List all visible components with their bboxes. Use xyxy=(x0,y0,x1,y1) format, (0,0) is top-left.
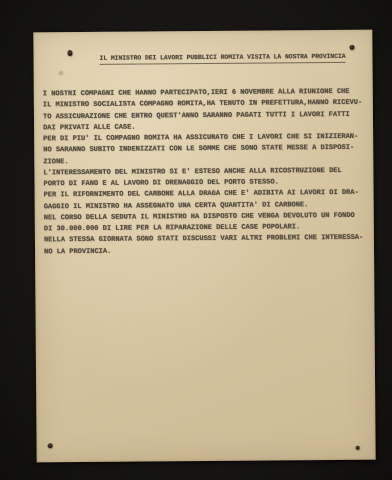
document-body: I NOSTRI COMPAGNI CHE HANNO PARTECIPATO,… xyxy=(43,87,372,258)
fastener-mark-top-left xyxy=(67,50,72,56)
fastener-mark-bottom-left xyxy=(48,443,53,448)
document-page: IL MINISTRO DEI LAVORI PUBBLICI ROMITA V… xyxy=(33,30,375,463)
text-line: NO LA PROVINCIA. xyxy=(44,244,372,258)
fastener-mark-bottom-right xyxy=(356,446,360,450)
document-title: IL MINISTRO DEI LAVORI PUBBLICI ROMITA V… xyxy=(99,53,345,65)
scan-background: IL MINISTRO DEI LAVORI PUBBLICI ROMITA V… xyxy=(0,0,392,480)
fastener-mark-top-right xyxy=(349,45,354,50)
pencil-smudge xyxy=(58,70,65,76)
